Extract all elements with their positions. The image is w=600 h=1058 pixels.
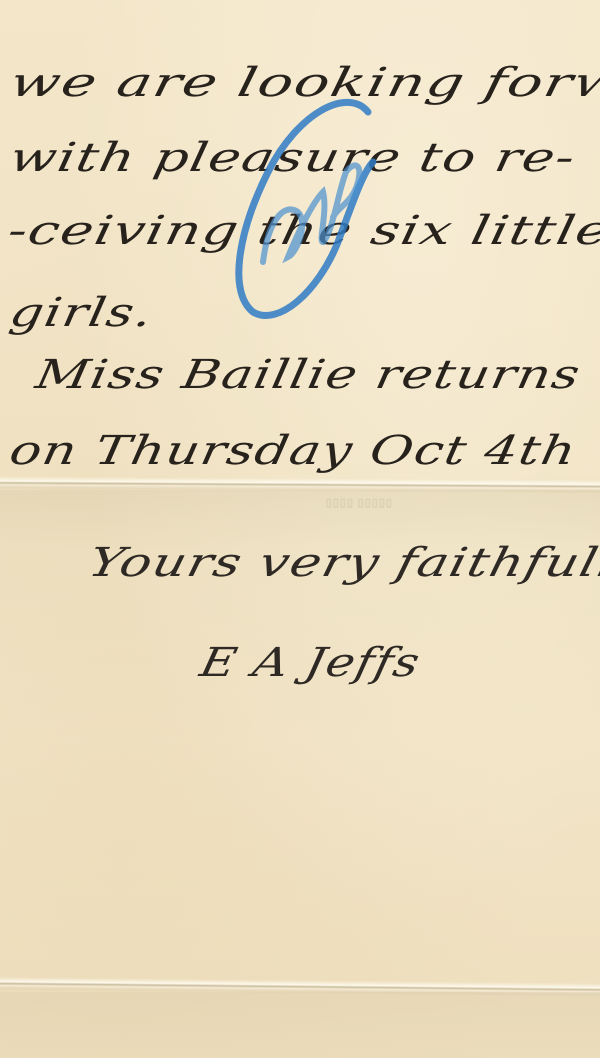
letter-line-4: girls. <box>6 290 157 336</box>
letter-page: ▯▯▯▯▯ ▯▯▯▯ we are looking forward with p… <box>0 0 600 1058</box>
fold-shadow-lower <box>0 992 600 1058</box>
letter-closing: Yours very faithfully <box>84 540 600 586</box>
blue-pencil-annotation <box>228 92 378 322</box>
letter-line-6: on Thursday Oct 4th <box>6 428 580 474</box>
letter-line-5: Miss Baillie returns <box>32 352 584 398</box>
bleed-through-text: ▯▯▯▯▯ ▯▯▯▯ <box>262 496 392 510</box>
letter-signature: E A Jeffs <box>196 640 425 686</box>
annotation-mark-icon <box>228 92 378 322</box>
